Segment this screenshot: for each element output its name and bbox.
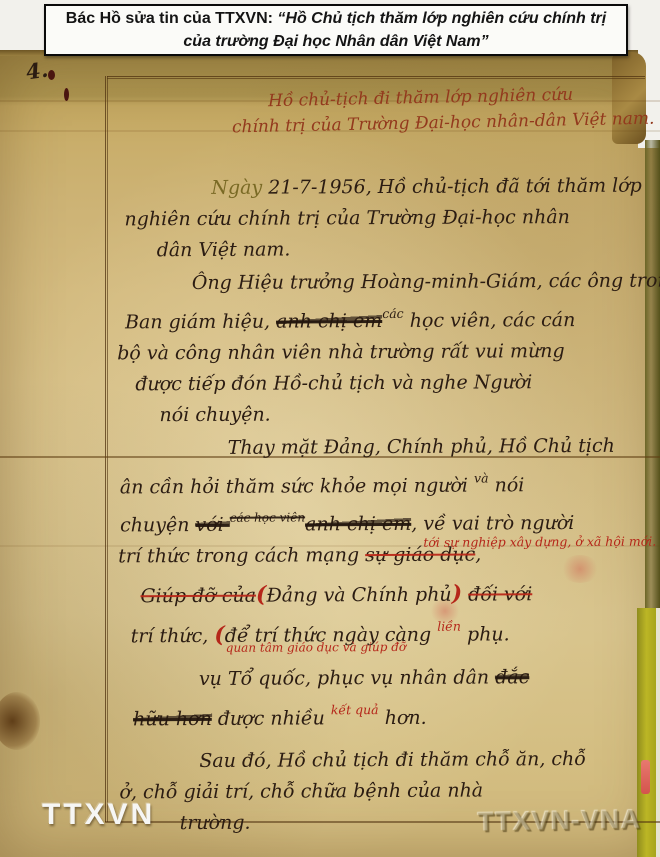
caption-plate: Bác Hồ sửa tin của TTXVN: “Hồ Chủ tịch t… bbox=[44, 4, 628, 56]
manuscript-line: Ngày 21-7-1956, Hồ chủ-tịch đã tới thăm … bbox=[211, 171, 650, 204]
page-number: 4. bbox=[24, 57, 49, 85]
manuscript-segment: tới sự nghiệp xây dựng, ở xã hội mới. bbox=[423, 526, 656, 558]
ttxvn-watermark: TTXVN bbox=[42, 798, 155, 832]
manuscript-segment: đắc bbox=[495, 666, 529, 688]
manuscript-segment: phụ. bbox=[461, 623, 510, 645]
manuscript-segment: Sau đó, Hồ chủ tịch đi thăm chỗ ăn, chỗ bbox=[199, 748, 586, 772]
manuscript-segment: ở, chỗ giải trí, chỗ chữa bệnh của nhà bbox=[119, 779, 483, 803]
manuscript-line: ân cần hỏi thăm sức khỏe mọi người và nó… bbox=[120, 462, 652, 504]
scan-edge-strip-pale bbox=[656, 608, 660, 857]
manuscript-line: nghiên cứu chính trị của Trường Đại-học … bbox=[124, 202, 650, 236]
manuscript-segment: Giúp đỡ của bbox=[140, 585, 256, 608]
manuscript-line: nói chuyện. bbox=[159, 398, 651, 432]
manuscript-segment: Ban giám hiệu, bbox=[125, 311, 276, 334]
margin-rule-horizontal-top bbox=[107, 76, 645, 79]
manuscript-segment: ân cần hỏi thăm sức khỏe mọi người bbox=[120, 475, 474, 499]
manuscript-segment: chuyện bbox=[120, 514, 195, 536]
manuscript-segment: vụ Tổ quốc, phục vụ nhân dân bbox=[199, 666, 495, 690]
manuscript-segment: dân Việt nam. bbox=[157, 238, 291, 261]
caption-prefix: Bác Hồ sửa tin của TTXVN: bbox=[66, 10, 278, 27]
manuscript-segment: ( bbox=[214, 622, 225, 648]
manuscript-line: hữu hơn được nhiều kết quả hơn. bbox=[133, 693, 653, 736]
manuscript-segment: hơn. bbox=[379, 707, 427, 729]
manuscript-segment: nói bbox=[488, 474, 524, 496]
manuscript-segment: hữu hơn bbox=[133, 708, 212, 730]
manuscript-segment: bộ và công nhân viên nhà trường rất vui … bbox=[117, 340, 565, 364]
manuscript-line: Ban giám hiệu, anh chị emcác học viên, c… bbox=[125, 297, 651, 339]
manuscript-segment: trường. bbox=[180, 812, 251, 834]
manuscript-segment: quan tâm giáo dục và giúp đỡ bbox=[226, 632, 407, 664]
manuscript-lines: Ngày 21-7-1956, Hồ chủ-tịch đã tới thăm … bbox=[116, 171, 653, 840]
manuscript-line: vụ Tổ quốc, phục vụ nhân dân đắc bbox=[199, 662, 653, 695]
manuscript-segment: Ngày bbox=[211, 177, 268, 199]
manuscript-segment: anh chị em bbox=[276, 310, 382, 333]
manuscript-segment: liền bbox=[437, 619, 461, 634]
scanned-document-page: Bác Hồ sửa tin của TTXVN: “Hồ Chủ tịch t… bbox=[0, 0, 660, 857]
manuscript-segment: kết quả bbox=[331, 702, 379, 717]
manuscript-segment: ) bbox=[452, 581, 463, 607]
manuscript-line: Ông Hiệu trưởng Hoàng-minh-Giám, các ông… bbox=[192, 266, 651, 299]
manuscript-segment: Ông Hiệu trưởng Hoàng-minh-Giám, các ông… bbox=[192, 269, 660, 294]
manuscript-segment: học viên, các cán bbox=[404, 309, 576, 332]
manuscript-line: bộ và công nhân viên nhà trường rất vui … bbox=[117, 336, 651, 370]
manuscript-segment: đối với bbox=[468, 583, 532, 605]
manuscript-line: Giúp đỡ của(Đảng và Chính phủ) đối với bbox=[140, 578, 652, 613]
manuscript-segment: ( bbox=[256, 582, 267, 608]
margin-rule-vertical bbox=[105, 76, 108, 822]
manuscript-line: được tiếp đón Hồ-chủ tịch và nghe Người bbox=[135, 367, 651, 401]
manuscript-line: trí thức trong cách mạng tới sự nghiệp x… bbox=[118, 539, 652, 573]
manuscript-segment: với bbox=[195, 514, 229, 536]
manuscript-segment: được nhiều bbox=[212, 707, 331, 730]
manuscript-line: Sau đó, Hồ chủ tịch đi thăm chỗ ăn, chỗ bbox=[199, 744, 653, 777]
ink-dot bbox=[64, 88, 69, 101]
manuscript-segment: trí thức trong cách mạng bbox=[118, 544, 365, 567]
manuscript-segment: và bbox=[474, 470, 489, 485]
manuscript-segment: được tiếp đón Hồ-chủ tịch và nghe Người bbox=[135, 371, 532, 395]
manuscript-line: ở, chỗ giải trí, chỗ chữa bệnh của nhà bbox=[119, 775, 653, 809]
manuscript-segment: trí thức, bbox=[131, 625, 215, 647]
ttxvn-vna-watermark: TTXVN-VNA bbox=[478, 805, 642, 839]
manuscript-segment: 21-7-1956, Hồ chủ-tịch đã tới thăm lớp bbox=[268, 175, 642, 199]
manuscript-line: dân Việt nam. bbox=[157, 233, 651, 267]
manuscript-line: Thay mặt Đảng, Chính phủ, Hồ Chủ tịch bbox=[228, 431, 652, 464]
caption-text: Bác Hồ sửa tin của TTXVN: “Hồ Chủ tịch t… bbox=[56, 7, 616, 53]
manuscript-segment: các học viên bbox=[230, 510, 305, 524]
manuscript-segment: anh chị em bbox=[305, 513, 411, 536]
manuscript-line: trí thức, (để trí thức ngày càng liền ph… bbox=[131, 610, 653, 653]
manuscript-segment: nói chuyện. bbox=[159, 404, 270, 427]
manuscript-segment: các bbox=[382, 306, 404, 321]
manuscript-segment: Đảng và Chính phủ bbox=[266, 584, 451, 607]
manuscript-segment: Thay mặt Đảng, Chính phủ, Hồ Chủ tịch bbox=[228, 435, 615, 459]
manuscript-segment: nghiên cứu chính trị của Trường Đại-học … bbox=[124, 206, 569, 230]
